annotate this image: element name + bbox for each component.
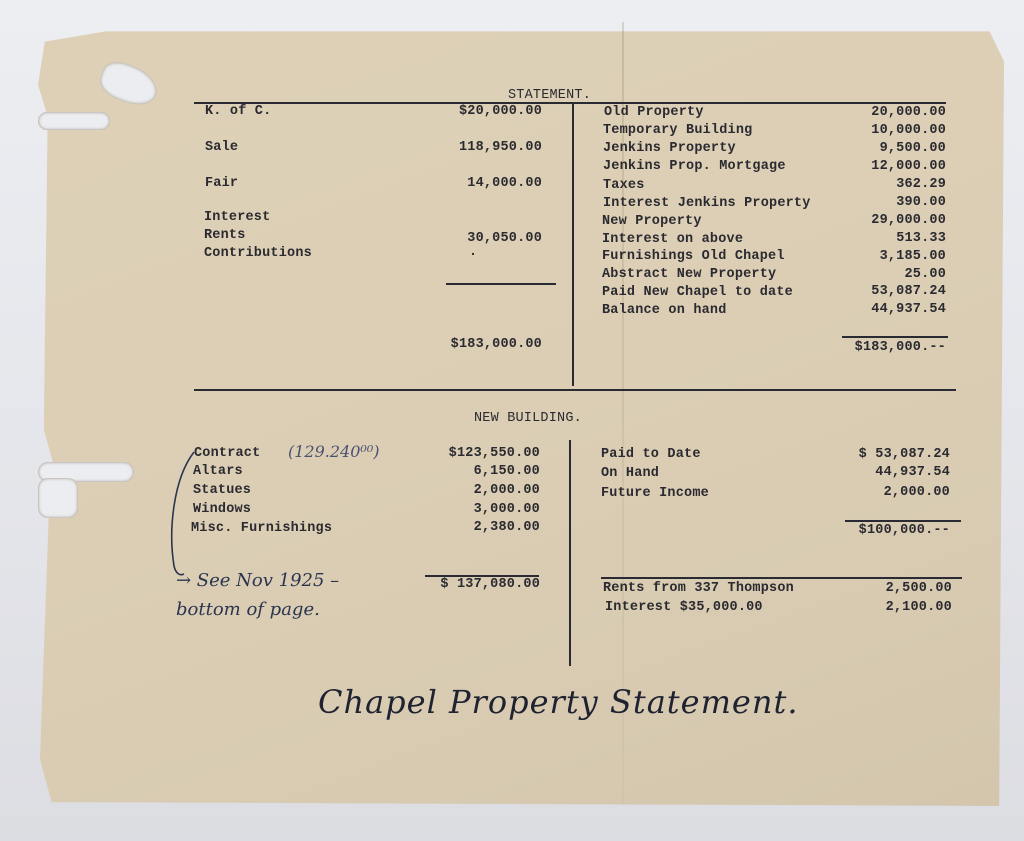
- expense-label: Jenkins Property: [603, 141, 736, 156]
- cost-amount: 2,380.00: [400, 520, 540, 535]
- costs-total: $ 137,080.00: [400, 577, 540, 592]
- funding-amount: 44,937.54: [800, 465, 950, 480]
- statement-heading: STATEMENT.: [508, 88, 591, 103]
- handwritten-arrow-curve: [160, 448, 200, 588]
- cost-label: Altars: [193, 464, 243, 479]
- cost-amount: $123,550.00: [400, 446, 540, 461]
- income-amount: 118,950.00: [400, 140, 542, 155]
- funding-label: On Hand: [601, 466, 659, 481]
- other-income-label: Rents from 337 Thompson: [603, 581, 794, 596]
- expense-label: Furnishings Old Chapel: [602, 249, 785, 264]
- funding-label: Future Income: [601, 486, 709, 501]
- expense-label: Taxes: [603, 178, 645, 193]
- expense-label: Jenkins Prop. Mortgage: [603, 159, 786, 174]
- income-label: Sale: [205, 140, 238, 155]
- statement-column-divider: [572, 102, 574, 386]
- other-income-amount: 2,100.00: [800, 600, 952, 615]
- expense-amount: 20,000.00: [820, 105, 946, 120]
- expense-label: Abstract New Property: [602, 267, 776, 282]
- expense-label: Paid New Chapel to date: [602, 285, 793, 300]
- funding-sum-rule: [845, 520, 961, 522]
- torn-hole: [38, 478, 78, 518]
- income-label: Rents: [204, 228, 246, 243]
- torn-hole: [38, 112, 110, 130]
- cost-amount: 6,150.00: [400, 464, 540, 479]
- expense-label: Balance on hand: [602, 303, 727, 318]
- funding-total: $100,000.--: [800, 523, 950, 538]
- handwritten-title: Chapel Property Statement.: [318, 683, 799, 721]
- expenses-sum-rule: [842, 336, 948, 338]
- income-label: Fair: [205, 176, 238, 191]
- other-income-amount: 2,500.00: [800, 581, 952, 596]
- other-income-rule: [601, 577, 962, 579]
- cost-amount: 2,000.00: [400, 483, 540, 498]
- expense-amount: 10,000.00: [820, 123, 946, 138]
- expense-label: Interest on above: [602, 232, 743, 247]
- expense-label: Interest Jenkins Property: [603, 196, 811, 211]
- expense-amount: 25.00: [820, 267, 946, 282]
- income-amount: .: [469, 245, 477, 260]
- section-divider-rule: [194, 389, 956, 391]
- cost-label: Misc. Furnishings: [191, 521, 332, 536]
- statement-top-rule: [194, 102, 946, 104]
- cost-label: Windows: [193, 502, 251, 517]
- expense-amount: 362.29: [820, 177, 946, 192]
- income-amount: 30,050.00: [400, 231, 542, 246]
- expenses-total: $183,000.--: [820, 340, 946, 355]
- income-label: Contributions: [204, 246, 312, 261]
- income-amount: $20,000.00: [400, 104, 542, 119]
- other-income-label: Interest $35,000.00: [605, 600, 763, 615]
- handwritten-see-note: → See Nov 1925 –: [176, 570, 339, 591]
- expense-label: Old Property: [604, 105, 704, 120]
- new-building-column-divider: [569, 440, 571, 666]
- expense-amount: 44,937.54: [820, 302, 946, 317]
- expense-amount: 53,087.24: [820, 284, 946, 299]
- expense-label: New Property: [602, 214, 702, 229]
- expense-amount: 3,185.00: [820, 249, 946, 264]
- income-sum-rule: [446, 283, 556, 285]
- expense-amount: 12,000.00: [820, 159, 946, 174]
- funding-label: Paid to Date: [601, 447, 701, 462]
- income-total: $183,000.00: [400, 337, 542, 352]
- cost-label: Contract: [194, 446, 260, 461]
- funding-amount: $ 53,087.24: [800, 447, 950, 462]
- expense-amount: 513.33: [820, 231, 946, 246]
- income-label: K. of C.: [205, 104, 271, 119]
- expense-amount: 29,000.00: [820, 213, 946, 228]
- handwritten-contract-note: (129.240⁰⁰): [288, 442, 379, 461]
- expense-amount: 9,500.00: [820, 141, 946, 156]
- cost-label: Statues: [193, 483, 251, 498]
- new-building-heading: NEW BUILDING.: [474, 411, 582, 426]
- funding-amount: 2,000.00: [800, 485, 950, 500]
- expense-amount: 390.00: [820, 195, 946, 210]
- income-amount: 14,000.00: [400, 176, 542, 191]
- handwritten-see-note: bottom of page.: [176, 599, 320, 620]
- cost-amount: 3,000.00: [400, 502, 540, 517]
- expense-label: Temporary Building: [603, 123, 752, 138]
- income-label: Interest: [204, 210, 270, 225]
